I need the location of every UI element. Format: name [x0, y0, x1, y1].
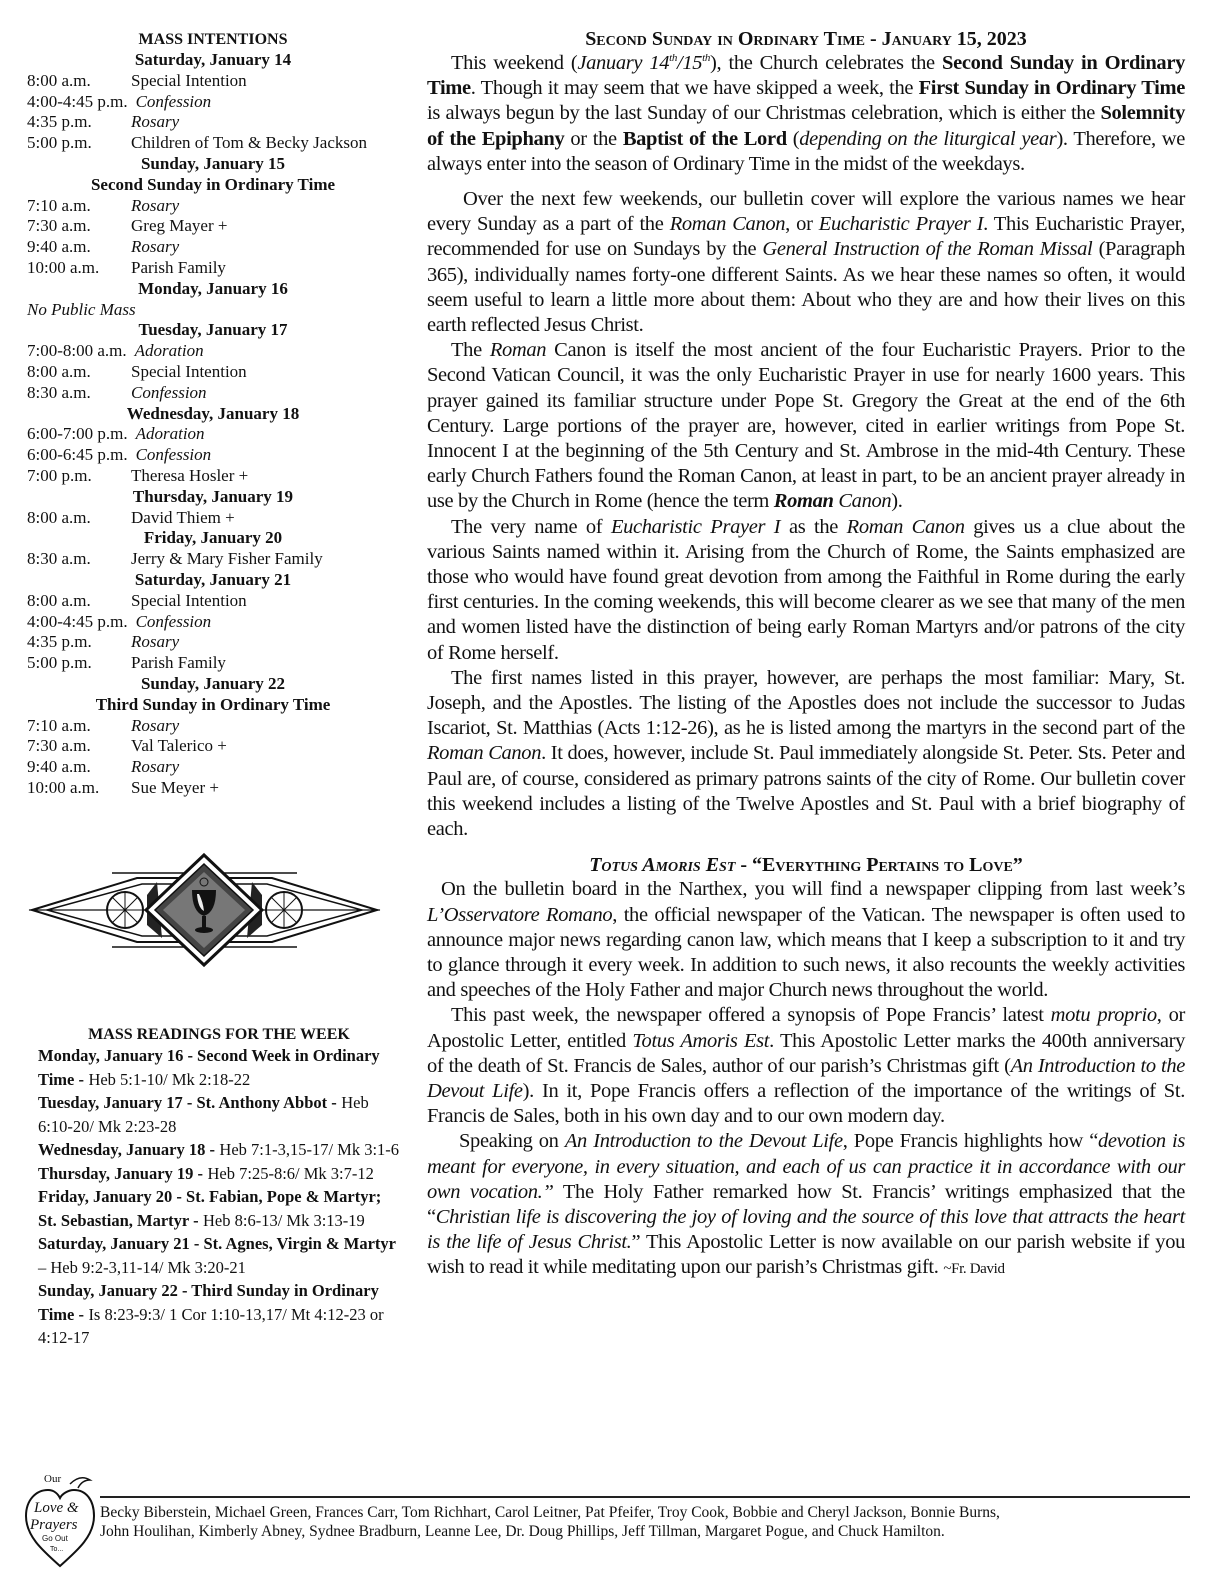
mass-intentions-title: MASS INTENTIONS: [27, 29, 399, 50]
intention-text: Children of Tom & Becky Jackson: [131, 133, 367, 152]
intention-day-heading: Tuesday, January 17: [27, 320, 399, 341]
svg-text:Love &: Love &: [33, 1500, 79, 1516]
intention-text: Rosary: [131, 632, 179, 651]
heart-prayers-logo-icon: Our Love & Prayers Go Out To...: [22, 1466, 98, 1572]
chalice-ornament-icon: [27, 850, 382, 970]
article-paragraph: This weekend (January 14th/15th), the Ch…: [427, 51, 1185, 177]
svg-text:Go Out: Go Out: [42, 1534, 69, 1543]
article-title: Totus Amoris Est - “Everything Pertains …: [427, 853, 1185, 877]
intention-text: Special Intention: [131, 591, 247, 610]
intention-day-heading: Wednesday, January 18: [27, 404, 399, 425]
intention-time: 8:00 a.m.: [27, 591, 131, 612]
intention-text: Rosary: [131, 196, 179, 215]
intention-text: Confession: [136, 92, 212, 111]
svg-text:To...: To...: [50, 1546, 63, 1553]
intention-time: 6:00-6:45 p.m.: [27, 445, 128, 466]
intention-time: 8:00 a.m.: [27, 362, 131, 383]
svg-text:Prayers: Prayers: [29, 1517, 78, 1533]
intention-row: 5:00 p.m.Children of Tom & Becky Jackson: [27, 133, 399, 154]
intention-text: No Public Mass: [27, 300, 136, 319]
intention-text: Parish Family: [131, 258, 226, 277]
intention-row: 10:00 a.m.Parish Family: [27, 258, 399, 279]
intention-day-heading: Sunday, January 22: [27, 674, 399, 695]
intention-text: Rosary: [131, 757, 179, 776]
article-paragraph: The Roman Canon is itself the most ancie…: [427, 338, 1185, 514]
intention-row: 8:30 a.m.Confession: [27, 383, 399, 404]
article-title: Second Sunday in Ordinary Time - January…: [427, 27, 1185, 51]
intention-time: 7:10 a.m.: [27, 716, 131, 737]
intention-time: 9:40 a.m.: [27, 237, 131, 258]
intention-text: Parish Family: [131, 653, 226, 672]
reading-item: Sunday, January 22 - Third Sunday in Ord…: [38, 1280, 400, 1351]
intention-time: 9:40 a.m.: [27, 757, 131, 778]
mass-intentions-list: Saturday, January 148:00 a.m.Special Int…: [27, 50, 399, 799]
reading-item: Wednesday, January 18 - Heb 7:1-3,15-17/…: [38, 1139, 400, 1163]
intention-time: 7:30 a.m.: [27, 736, 131, 757]
intention-time: 8:30 a.m.: [27, 549, 131, 570]
intention-row: No Public Mass: [27, 300, 399, 321]
prayer-list-line: Becky Biberstein, Michael Green, Frances…: [100, 1503, 1200, 1522]
pastor-article-column: Second Sunday in Ordinary Time - January…: [427, 27, 1185, 1283]
intention-day-heading: Saturday, January 14: [27, 50, 399, 71]
intention-day-heading: Monday, January 16: [27, 279, 399, 300]
reading-item: Friday, January 20 - St. Fabian, Pope & …: [38, 1186, 400, 1233]
reading-item: Thursday, January 19 - Heb 7:25-8:6/ Mk …: [38, 1163, 400, 1187]
article-paragraph: The first names listed in this prayer, h…: [427, 666, 1185, 842]
intention-day-subtitle: Second Sunday in Ordinary Time: [27, 175, 399, 196]
intention-row: 5:00 p.m.Parish Family: [27, 653, 399, 674]
intention-row: 8:00 a.m.Special Intention: [27, 591, 399, 612]
intention-row: 6:00-6:45 p.m.Confession: [27, 445, 399, 466]
intention-text: Jerry & Mary Fisher Family: [131, 549, 323, 568]
intention-text: Theresa Hosler +: [131, 466, 248, 485]
intention-time: 8:00 a.m.: [27, 508, 131, 529]
intention-day-heading: Thursday, January 19: [27, 487, 399, 508]
intention-text: Rosary: [131, 112, 179, 131]
intention-row: 7:30 a.m.Val Talerico +: [27, 736, 399, 757]
prayer-list-line: John Houlihan, Kimberly Abney, Sydnee Br…: [100, 1522, 1200, 1541]
mass-readings-title: MASS READINGS FOR THE WEEK: [38, 1024, 400, 1045]
intention-time: 4:35 p.m.: [27, 632, 131, 653]
footer-divider: [100, 1496, 1190, 1498]
intention-time: 7:00-8:00 a.m.: [27, 341, 127, 362]
reading-item: Monday, January 16 - Second Week in Ordi…: [38, 1045, 400, 1092]
intention-text: Confession: [136, 445, 212, 464]
intention-text: Adoration: [136, 424, 205, 443]
intention-time: 5:00 p.m.: [27, 653, 131, 674]
intention-row: 8:00 a.m.Special Intention: [27, 362, 399, 383]
intention-row: 7:00 p.m.Theresa Hosler +: [27, 466, 399, 487]
intention-text: David Thiem +: [131, 508, 235, 527]
mass-readings-list: Monday, January 16 - Second Week in Ordi…: [38, 1045, 400, 1351]
intention-text: Confession: [136, 612, 212, 631]
intention-row: 7:10 a.m.Rosary: [27, 196, 399, 217]
intention-row: 7:00-8:00 a.m.Adoration: [27, 341, 399, 362]
intention-row: 10:00 a.m.Sue Meyer +: [27, 778, 399, 799]
intention-time: 7:10 a.m.: [27, 196, 131, 217]
intention-row: 9:40 a.m.Rosary: [27, 757, 399, 778]
article-paragraph: This past week, the newspaper offered a …: [427, 1003, 1185, 1129]
reading-item: Saturday, January 21 - St. Agnes, Virgin…: [38, 1233, 400, 1280]
intention-day-heading: Saturday, January 21: [27, 570, 399, 591]
intention-text: Sue Meyer +: [131, 778, 219, 797]
intention-time: 4:35 p.m.: [27, 112, 131, 133]
intention-text: Special Intention: [131, 71, 247, 90]
intention-text: Adoration: [135, 341, 204, 360]
intention-time: 10:00 a.m.: [27, 258, 131, 279]
intention-row: 8:30 a.m.Jerry & Mary Fisher Family: [27, 549, 399, 570]
intention-time: 7:00 p.m.: [27, 466, 131, 487]
intention-row: 4:00-4:45 p.m.Confession: [27, 612, 399, 633]
intention-row: 9:40 a.m.Rosary: [27, 237, 399, 258]
intention-day-heading: Sunday, January 15: [27, 154, 399, 175]
intention-text: Val Talerico +: [131, 736, 227, 755]
intention-time: 4:00-4:45 p.m.: [27, 612, 128, 633]
article-paragraph: Over the next few weekends, our bulletin…: [427, 187, 1185, 338]
prayer-list: Becky Biberstein, Michael Green, Frances…: [100, 1503, 1200, 1541]
intention-row: 8:00 a.m.David Thiem +: [27, 508, 399, 529]
intention-time: 10:00 a.m.: [27, 778, 131, 799]
mass-readings: MASS READINGS FOR THE WEEK Monday, Janua…: [38, 1024, 400, 1351]
intention-row: 4:35 p.m.Rosary: [27, 632, 399, 653]
mass-intentions: MASS INTENTIONS Saturday, January 148:00…: [27, 29, 399, 799]
intention-day-subtitle: Third Sunday in Ordinary Time: [27, 695, 399, 716]
article-paragraph: On the bulletin board in the Narthex, yo…: [427, 877, 1185, 1003]
intention-time: 8:30 a.m.: [27, 383, 131, 404]
intention-day-heading: Friday, January 20: [27, 528, 399, 549]
intention-row: 7:30 a.m.Greg Mayer +: [27, 216, 399, 237]
intention-row: 4:00-4:45 p.m.Confession: [27, 92, 399, 113]
intention-time: 5:00 p.m.: [27, 133, 131, 154]
intention-time: 7:30 a.m.: [27, 216, 131, 237]
intention-time: 4:00-4:45 p.m.: [27, 92, 128, 113]
intention-text: Confession: [131, 383, 207, 402]
intention-row: 6:00-7:00 p.m.Adoration: [27, 424, 399, 445]
intention-text: Rosary: [131, 237, 179, 256]
intention-text: Special Intention: [131, 362, 247, 381]
reading-item: Tuesday, January 17 - St. Anthony Abbot …: [38, 1092, 400, 1139]
intention-row: 4:35 p.m.Rosary: [27, 112, 399, 133]
intention-row: 7:10 a.m.Rosary: [27, 716, 399, 737]
intention-time: 6:00-7:00 p.m.: [27, 424, 128, 445]
intention-time: 8:00 a.m.: [27, 71, 131, 92]
svg-text:Our: Our: [44, 1473, 61, 1485]
signature: ~Fr. David: [943, 1261, 1004, 1277]
intention-text: Rosary: [131, 716, 179, 735]
intention-row: 8:00 a.m.Special Intention: [27, 71, 399, 92]
article-paragraph: Speaking on An Introduction to the Devou…: [427, 1129, 1185, 1282]
intention-text: Greg Mayer +: [131, 216, 227, 235]
article-paragraph: The very name of Eucharistic Prayer I as…: [427, 515, 1185, 666]
